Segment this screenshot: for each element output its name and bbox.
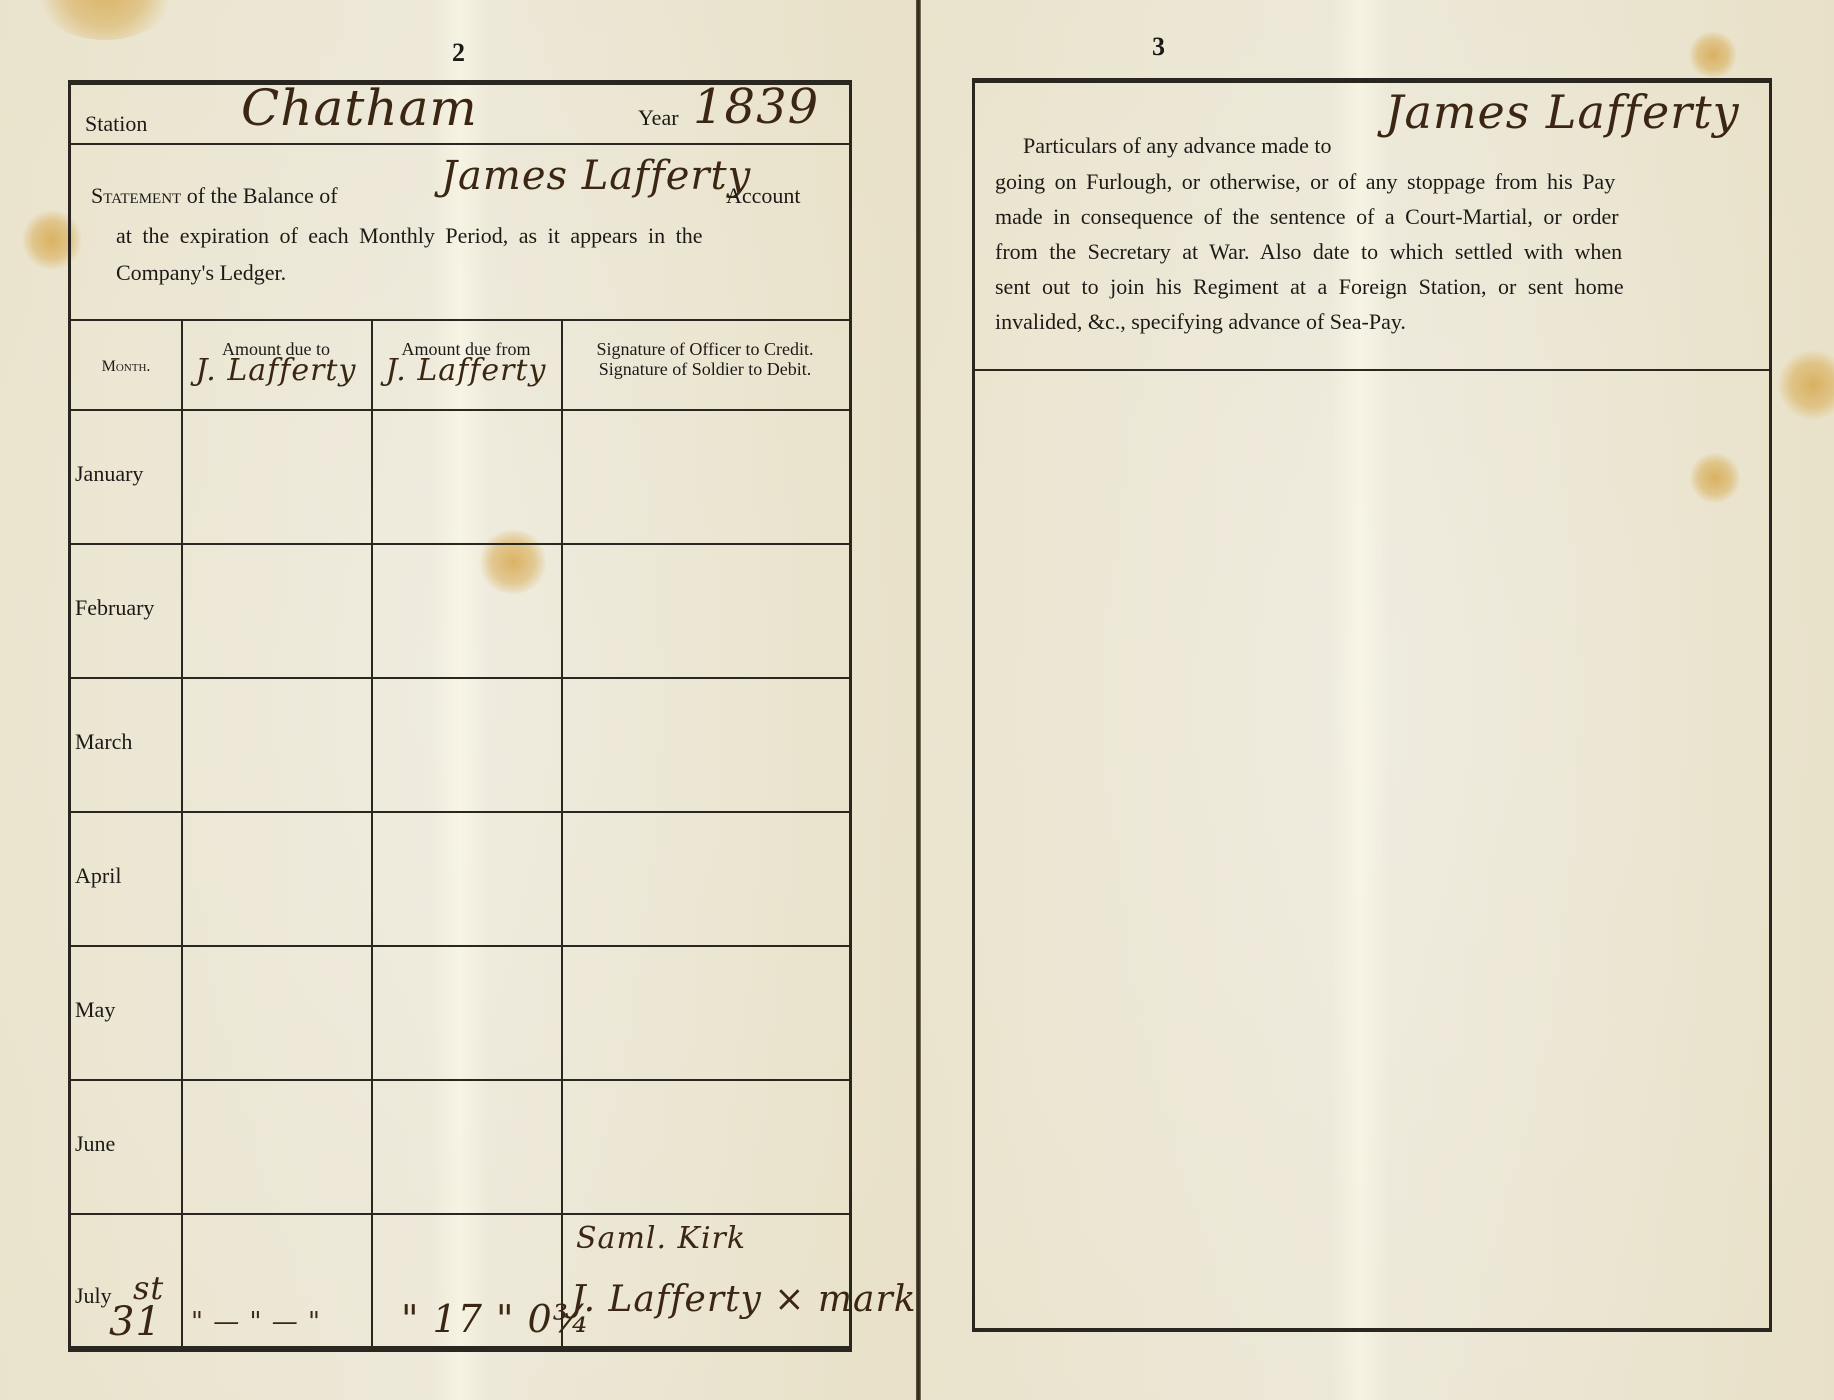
row-divider	[71, 945, 849, 947]
statement-heading: Statement of the Balance of James Laffer…	[71, 143, 849, 321]
statement-line-3: Company's Ledger.	[116, 260, 286, 286]
page-number-left: 2	[452, 38, 465, 68]
year-label: Year	[638, 105, 679, 131]
header-signature-soldier: Signature of Soldier to Debit.	[563, 359, 847, 379]
column-divider	[561, 321, 563, 1349]
july-officer-signature: Saml. Kirk	[576, 1221, 746, 1256]
year-value: 1839	[693, 79, 819, 135]
statement-line-2: at the expiration of each Monthly Period…	[116, 223, 703, 249]
station-label: Station	[85, 111, 147, 137]
book-spine	[916, 0, 921, 1400]
row-divider	[71, 811, 849, 813]
header-signature: Signature of Officer to Credit. Signatur…	[563, 339, 847, 379]
row-divider	[71, 543, 849, 545]
statement-line-1: Statement of the Balance of	[91, 183, 338, 209]
particulars-line-5: sent out to join his Regiment at a Forei…	[995, 274, 1624, 300]
table-row-june: June	[75, 1131, 115, 1157]
table-row-july: July	[75, 1283, 112, 1309]
soldier-name-right: James Lafferty	[1385, 85, 1740, 139]
row-divider	[71, 409, 849, 411]
statement-suffix: Account	[726, 183, 801, 209]
soldier-name: James Lafferty	[441, 153, 751, 199]
table-row-march: March	[75, 729, 132, 755]
header-due-from-name: J. Lafferty	[371, 361, 561, 381]
balance-statement-form: Station Chatham Year 1839 Statement of t…	[68, 80, 852, 1352]
particulars-line-1: Particulars of any advance made to	[1023, 133, 1331, 159]
header-due-from: Amount due from J. Lafferty	[371, 339, 561, 381]
july-date-day: 31	[109, 1299, 162, 1345]
row-divider	[71, 1079, 849, 1081]
column-divider	[371, 321, 373, 1349]
monthly-balance-table: Month. Amount due to J. Lafferty Amount …	[71, 321, 849, 1349]
header-month: Month.	[71, 357, 181, 377]
particulars-line-4: from the Secretary at War. Also date to …	[995, 239, 1622, 265]
table-row-may: May	[75, 997, 115, 1023]
row-divider	[71, 1213, 849, 1215]
july-amount-due-from: " 17 " 0¾	[401, 1297, 591, 1341]
row-divider	[71, 677, 849, 679]
header-due-to: Amount due to J. Lafferty	[181, 339, 371, 381]
statement-line1-text: of the Balance of	[187, 183, 338, 208]
particulars-line-3: made in consequence of the sentence of a…	[995, 204, 1619, 230]
particulars-entry-area	[975, 371, 1769, 1328]
column-divider	[181, 321, 183, 1349]
page-number-right: 3	[1152, 32, 1165, 62]
table-row-january: January	[75, 461, 143, 487]
particulars-line-2: going on Furlough, or otherwise, or of a…	[995, 169, 1615, 195]
particulars-line-6: invalided, &c., specifying advance of Se…	[995, 309, 1406, 335]
july-amount-due-to: " — " — "	[191, 1307, 321, 1337]
header-due-to-name: J. Lafferty	[181, 361, 371, 381]
station-row: Station Chatham Year 1839	[71, 85, 849, 145]
advances-particulars-form: Particulars of any advance made to James…	[972, 78, 1772, 1332]
particulars-heading: Particulars of any advance made to James…	[975, 83, 1769, 371]
header-signature-officer: Signature of Officer to Credit.	[563, 339, 847, 359]
table-row-february: February	[75, 595, 154, 621]
july-soldier-signature: J. Lafferty × mark	[571, 1279, 917, 1320]
statement-prefix: Statement	[91, 183, 181, 208]
station-value: Chatham	[241, 79, 478, 137]
table-row-april: April	[75, 863, 121, 889]
